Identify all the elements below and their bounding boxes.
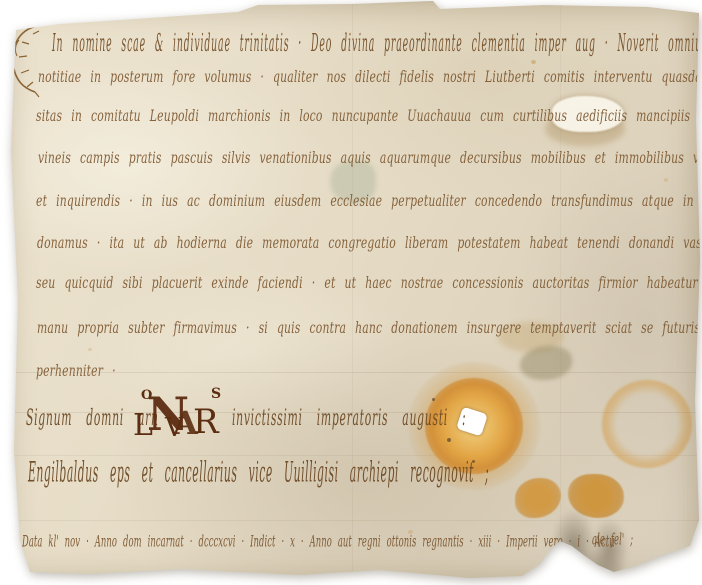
recognition-line: Engilbaldus eps et cancellarius vice Uui… [28, 456, 489, 488]
text-line: sitas in comitatu Leupoldi marchionis in… [36, 106, 702, 125]
grease-stain-left [515, 478, 561, 518]
olive-stain [520, 346, 572, 380]
date-line-left: Data kl' nov · Anno dom incarnat · dcccx… [22, 533, 615, 551]
chrismon-icon [5, 20, 49, 98]
text-line: seu quicquid sibi placuerit exinde facie… [36, 273, 702, 292]
ink-speck [432, 398, 435, 401]
ink-speck [447, 438, 451, 442]
royal-monogram: O L N V A R S [135, 391, 223, 449]
parchment-edge-shading [0, 0, 702, 585]
text-line: donamus · ita ut ab hodierna die memorat… [37, 233, 702, 252]
monogram-letter: R [193, 405, 219, 439]
crease-line [0, 520, 702, 521]
photo-of-charter: In nomine scae & individuae trinitatis ·… [0, 0, 702, 585]
invocation-line: In nomine scae & individuae trinitatis ·… [52, 29, 702, 58]
text-line: notitiae in posterum fore volumus · qual… [38, 67, 702, 86]
grease-stain-right [568, 474, 624, 518]
fold-line [560, 0, 561, 585]
date-line-right: ale fel' ; [592, 531, 633, 549]
text-line: et inquirendis · in ius ac dominium eius… [36, 191, 702, 210]
parchment-wrapper: In nomine scae & individuae trinitatis ·… [0, 0, 702, 585]
freckle-spot [664, 178, 668, 182]
freckle-spot [531, 60, 536, 64]
closing-word: perhenniter · [36, 361, 116, 380]
text-line: manu propria subter firmavimus · si quis… [37, 318, 702, 337]
fold-line [352, 0, 353, 585]
signum-line-right: invictissimi imperatoris augusti : [232, 404, 466, 431]
monogram-letter: S [211, 387, 221, 401]
text-line: vineis campis pratis pascuis silvis vena… [38, 148, 702, 167]
parchment-sheet: In nomine scae & individuae trinitatis ·… [0, 0, 702, 585]
freckle-spot [88, 348, 92, 351]
